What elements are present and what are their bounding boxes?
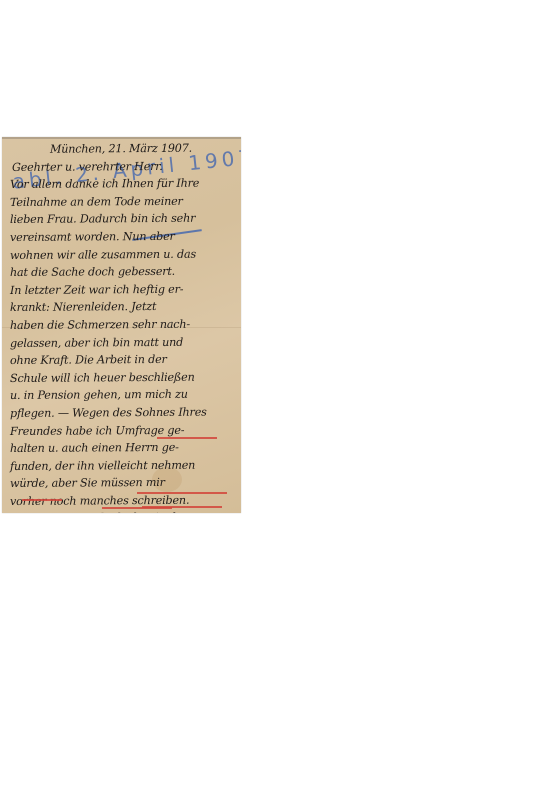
letter-salutation: Geehrter u. verehrter Herr. [10,157,237,176]
letter-line: krankt: Nierenleiden. Jetzt [10,298,237,317]
letter-line: würde, aber Sie müssen mir [10,474,237,493]
letter-line: hat die Sache doch gebessert. [10,263,237,282]
letter-line: vereinsamt worden. Nun aber [10,227,237,246]
red-underline-besucht [22,499,62,501]
letter-line: funden, der ihn vielleicht nehmen [10,456,237,475]
letter-line: Teilnahme an dem Tode meiner [10,192,237,211]
letter-line: Schule will ich heuer beschließen [10,368,237,387]
letter-line: haben die Schmerzen sehr nach- [10,315,237,334]
red-underline-umfrage [157,437,217,439]
letter-line: lieben Frau. Dadurch bin ich sehr [10,210,237,229]
letter-line: gelassen, aber ich bin matt und [10,333,237,352]
letter-line: Was hat der Knabe bisher in der [10,509,237,513]
letter-body: München, 21. März 1907. Geehrter u. vere… [10,141,237,513]
letter-date-line: München, 21. März 1907. [10,139,237,158]
red-underline-werden [142,506,222,508]
letter-line: ohne Kraft. Die Arbeit in der [10,351,237,370]
letter-line: halten u. auch einen Herrn ge- [10,439,237,458]
letter-line: In letzter Zeit war ich heftig er- [10,280,237,299]
letter-line: u. in Pension gehen, um mich zu [10,386,237,405]
red-underline-klasse [137,492,227,494]
letter-line: pflegen. — Wegen des Sohnes Ihres [10,403,237,422]
letter-line: wohnen wir alle zusammen u. das [10,245,237,264]
letter-page: abl. 2. April 1907 München, 21. März 190… [2,137,241,513]
letter-line: Vor allem danke ich Ihnen für Ihre [10,175,237,194]
